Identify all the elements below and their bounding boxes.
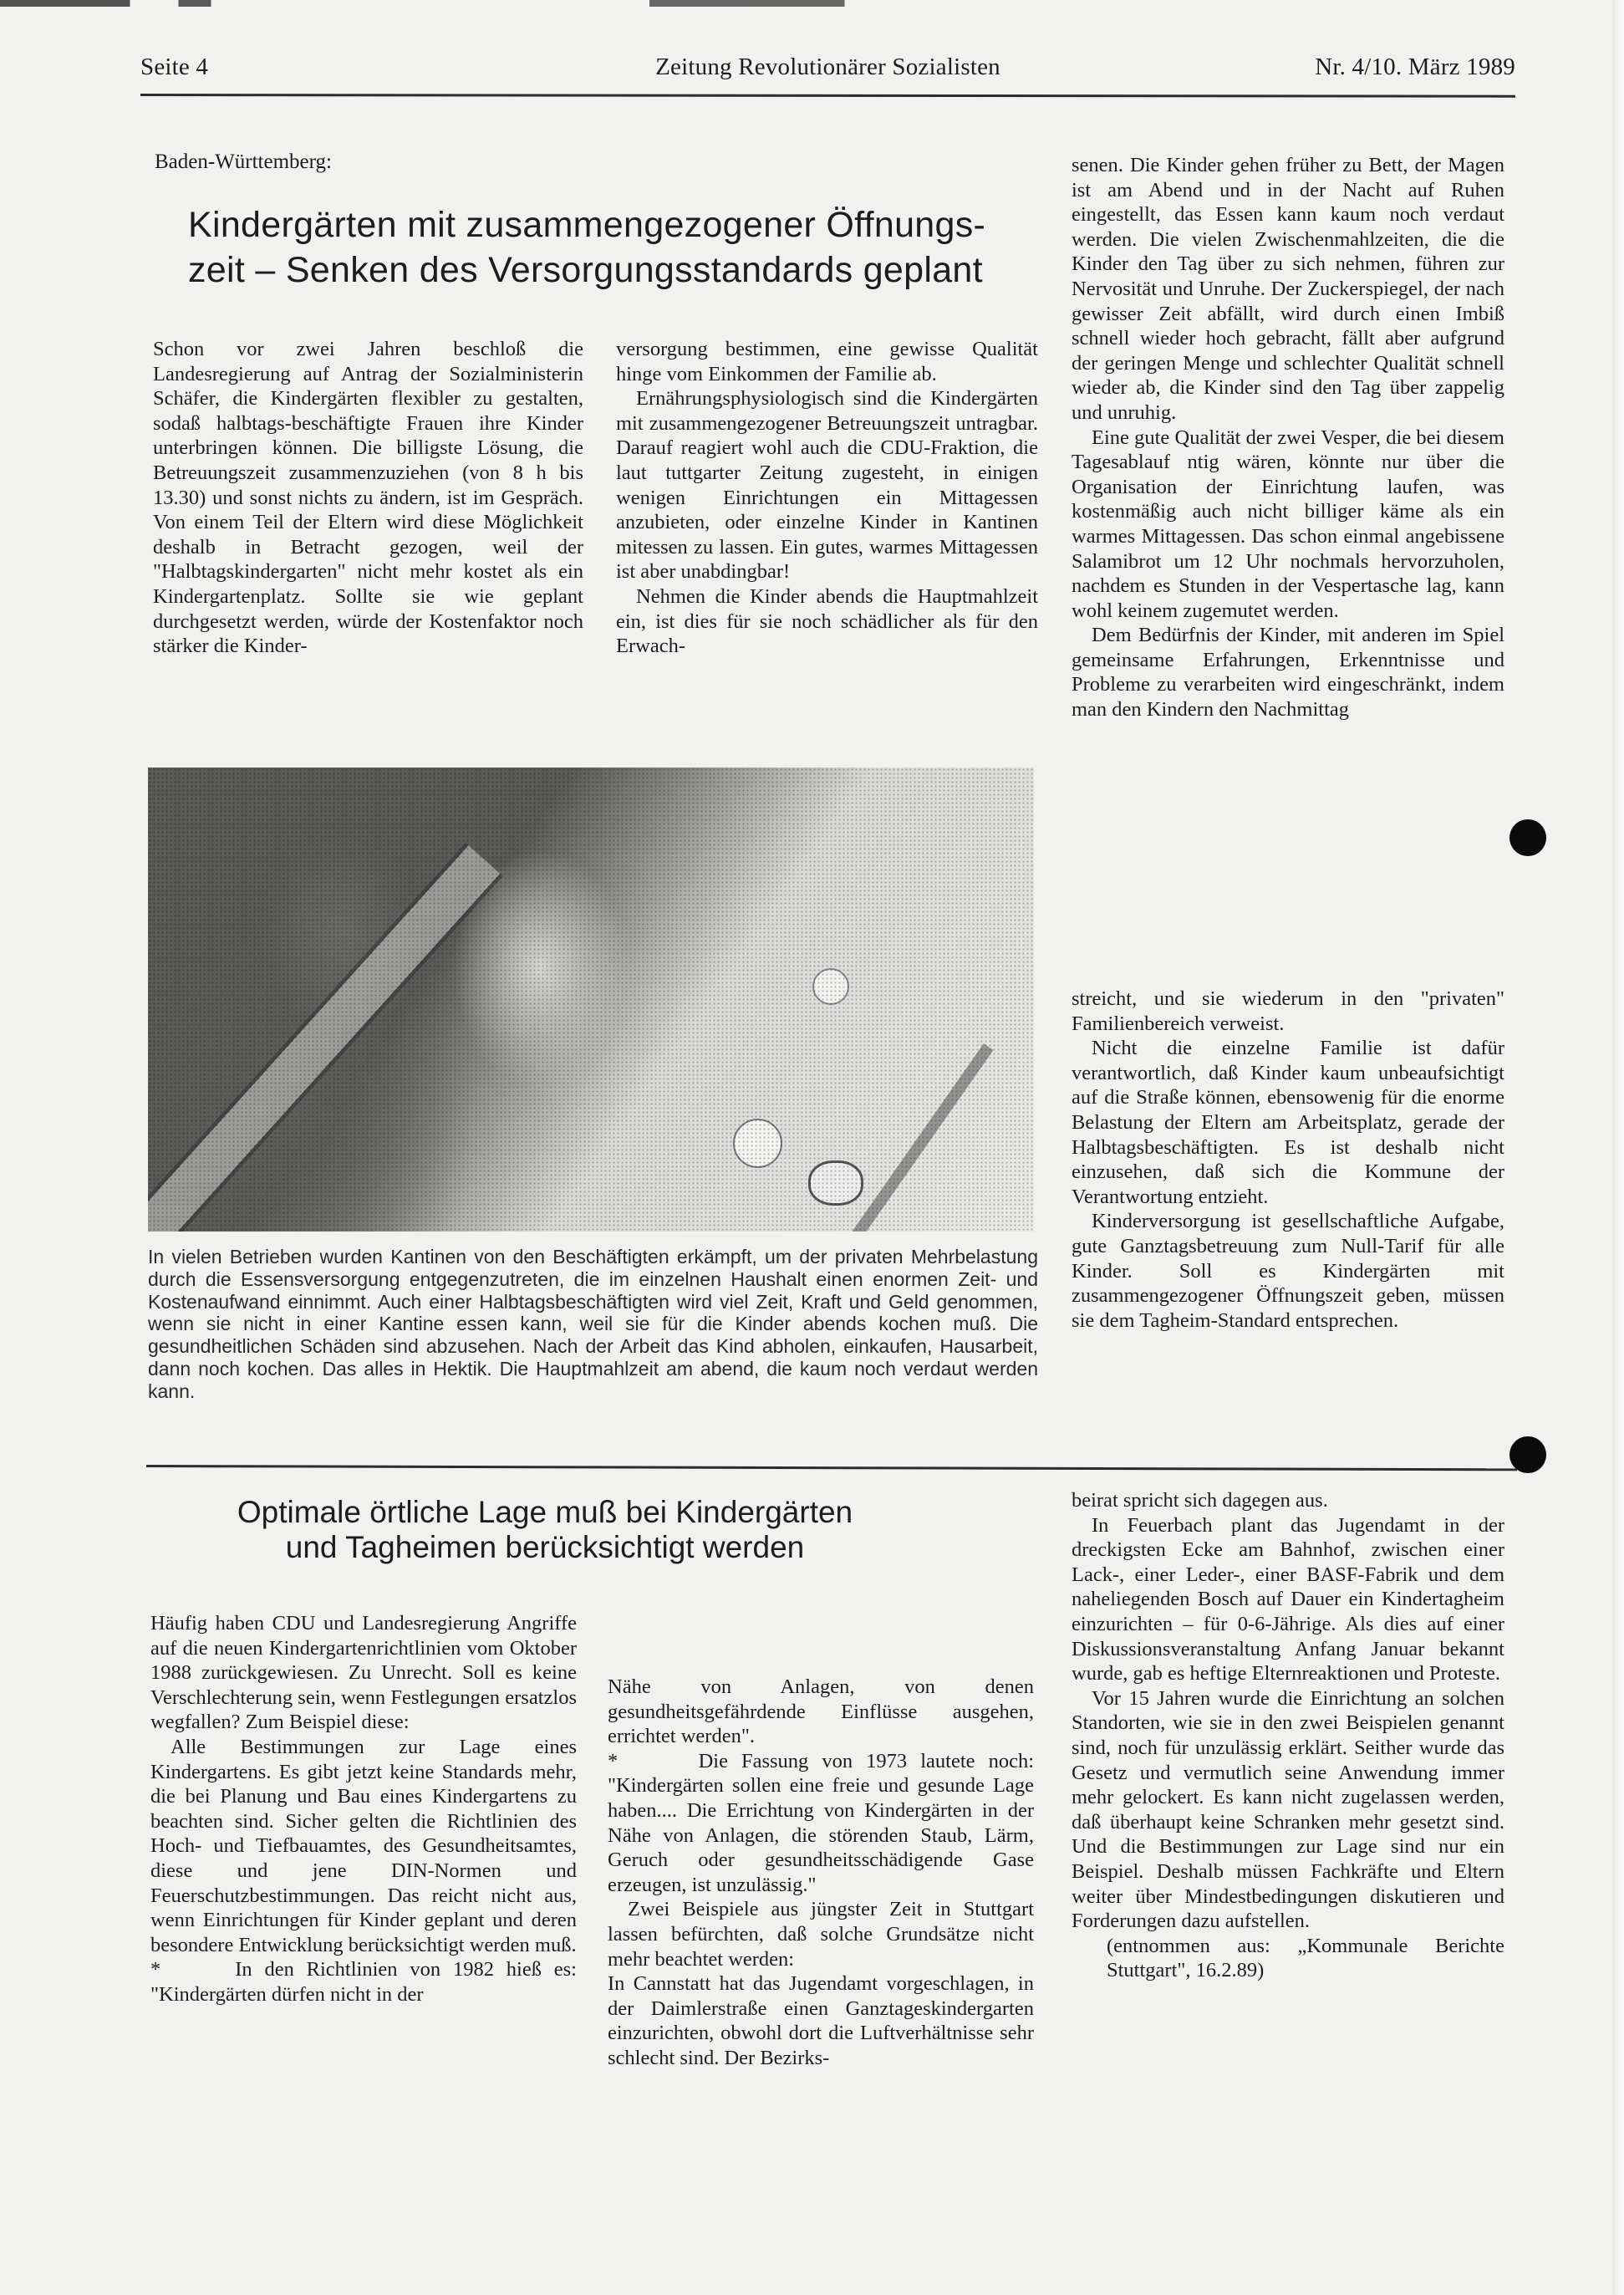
paragraph: * In den Richtlinien von 1982 hieß es: "… — [150, 1957, 577, 2007]
paragraph: versorgung bestimmen, eine gewisse Quali… — [616, 337, 1038, 386]
paragraph: Nicht die einzelne Familie ist dafür ver… — [1072, 1036, 1504, 1209]
page-header: Seite 4 Zeitung Revolutionärer Sozialist… — [140, 50, 1515, 89]
paragraph: In Cannstatt hat das Jugendamt vorgeschl… — [608, 1971, 1034, 2070]
article1-column-2: versorgung bestimmen, eine gewisse Quali… — [616, 337, 1038, 659]
article1-kicker: Baden-Württemberg: — [155, 150, 332, 174]
paragraph: Vor 15 Jahren wurde die Einrichtung an s… — [1072, 1686, 1504, 1934]
paragraph: Zwei Beispiele aus jüngster Zeit in Stut… — [608, 1897, 1034, 1971]
article2-column-1: Häufig haben CDU und Landesregierung Ang… — [150, 1611, 577, 2007]
article2-headline-line2: und Tagheimen berücksichtigt werden — [286, 1530, 804, 1564]
source-citation: (entnommen aus: „Kommunale Berichte Stut… — [1072, 1934, 1504, 1983]
article1-headline-line1: Kindergärten mit zusammengezogener Öffnu… — [188, 205, 985, 245]
paragraph: Häufig haben CDU und Landesregierung Ang… — [150, 1611, 577, 1735]
paragraph: Eine gute Qualität der zwei Vesper, die … — [1072, 426, 1504, 624]
scan-top-edge — [0, 0, 1624, 7]
paragraph: senen. Die Kinder gehen früher zu Bett, … — [1072, 153, 1504, 426]
article1-column-3-continued: streicht, und sie wiederum in den "priva… — [1072, 987, 1504, 1333]
scan-right-edge — [1612, 0, 1624, 2295]
article2-headline-line1: Optimale örtliche Lage muß bei Kindergär… — [237, 1495, 853, 1529]
article1-headline: Kindergärten mit zusammengezogener Öffnu… — [188, 202, 1024, 293]
paragraph: In Feuerbach plant das Jugendamt in der … — [1072, 1513, 1504, 1686]
article2-column-3: beirat spricht sich dagegen aus. In Feue… — [1072, 1488, 1504, 1983]
binder-hole — [1509, 819, 1546, 856]
article-divider — [146, 1465, 1517, 1471]
paragraph: Nehmen die Kinder abends die Hauptmahlze… — [616, 584, 1038, 659]
paragraph: beirat spricht sich dagegen aus. — [1072, 1488, 1504, 1513]
article1-column-1: Schon vor zwei Jahren beschloß die Lande… — [153, 337, 583, 659]
article1-column-3: senen. Die Kinder gehen früher zu Bett, … — [1072, 153, 1504, 722]
paragraph: Dem Bedürfnis der Kinder, mit anderen im… — [1072, 623, 1504, 722]
paragraph: streicht, und sie wiederum in den "priva… — [1072, 987, 1504, 1036]
paragraph: * Die Fassung von 1973 lautete noch: "Ki… — [608, 1749, 1034, 1898]
article1-headline-line2: zeit – Senken des Versorgungsstandards g… — [188, 250, 983, 290]
binder-hole — [1509, 1436, 1546, 1473]
paragraph: Alle Bestimmungen zur Lage eines Kinderg… — [150, 1735, 577, 1957]
canteen-photo — [148, 768, 1034, 1232]
paragraph: Kinderversorgung ist gesellschaftliche A… — [1072, 1209, 1504, 1333]
issue-date: Nr. 4/10. März 1989 — [1315, 54, 1515, 81]
paragraph: Ernährungsphysiologisch sind die Kinderg… — [616, 386, 1038, 584]
header-rule — [140, 94, 1515, 98]
paragraph: Nähe von Anlagen, von denen gesundheitsg… — [608, 1675, 1034, 1749]
publication-title: Zeitung Revolutionärer Sozialisten — [140, 54, 1515, 81]
photo-halftone — [148, 768, 1034, 1232]
photo-caption: In vielen Betrieben wurden Kantinen von … — [148, 1246, 1038, 1403]
paragraph: Schon vor zwei Jahren beschloß die Lande… — [153, 337, 583, 659]
article2-column-2: Nähe von Anlagen, von denen gesundheitsg… — [608, 1675, 1034, 2071]
article2-headline: Optimale örtliche Lage muß bei Kindergär… — [152, 1495, 938, 1565]
